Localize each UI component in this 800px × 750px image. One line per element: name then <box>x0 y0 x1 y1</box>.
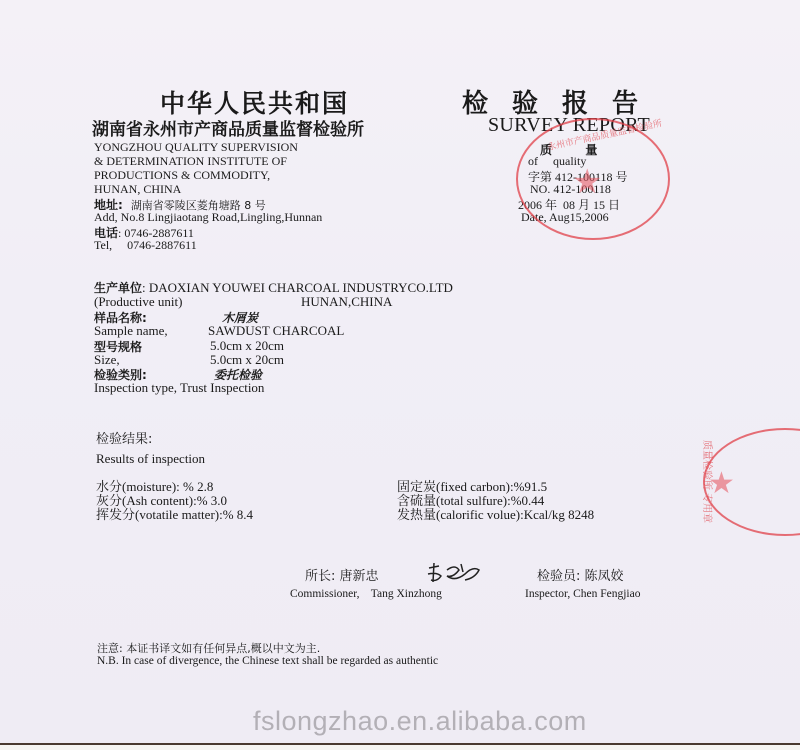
phone-en: Tel, 0746-2887611 <box>94 238 197 253</box>
page-bottom-edge <box>0 745 800 750</box>
document-page: 中华人民共和国 检验报告 湖南省永州市产商品质量监督检验所 SURVEY REP… <box>0 0 800 745</box>
note-en: N.B. In case of divergence, the Chinese … <box>97 655 438 667</box>
producer-name: : DAOXIAN YOUWEI CHARCOAL INDUSTRYCO.LTD <box>142 280 453 295</box>
sample-name-label-en: Sample name, <box>94 323 168 339</box>
watermark: fslongzhao.en.alibaba.com <box>253 706 587 737</box>
result-calorific: 发热量(calorific volue):Kcal/kg 8248 <box>397 504 594 523</box>
seal-side-star-icon: ★ <box>708 466 735 501</box>
handwritten-signature <box>425 560 485 586</box>
note-cn: 注意: 本证书译文如有任何异点,概以中文为主. <box>97 640 320 656</box>
sample-name-en: SAWDUST CHARCOAL <box>208 323 344 339</box>
inspector-en: Inspector, Chen Fengjiao <box>525 588 640 600</box>
institute-name-en-line2: & DETERMINATION INSTITUTE OF <box>94 154 287 169</box>
institute-name-en-line3: PRODUCTIONS & COMMODITY, <box>94 168 270 183</box>
producer-label-cn: 生产单位 <box>94 281 142 295</box>
result-volatile: 挥发分(votatile matter):% 8.4 <box>96 504 253 523</box>
results-heading-cn: 检验结果: <box>96 428 152 447</box>
producer-label-en: (Productive unit) <box>94 294 182 310</box>
results-heading-en: Results of inspection <box>96 451 205 467</box>
institute-name-cn: 湖南省永州市产商品质量监督检验所 <box>92 115 364 140</box>
address-en: Add, No.8 Lingjiaotang Road,Lingling,Hun… <box>94 210 322 225</box>
institute-name-en-line1: YONGZHOU QUALITY SUPERVISION <box>94 140 298 155</box>
commissioner-en: Commissioner, Tang Xinzhong <box>290 588 442 600</box>
inspector-cn: 检验员: 陈凤姣 <box>537 565 624 584</box>
commissioner-cn: 所长: 唐新忠 <box>305 565 379 584</box>
seal-star-icon: ★ <box>572 162 602 202</box>
inspection-type-en: Inspection type, Trust Inspection <box>94 380 264 396</box>
producer-location: HUNAN,CHINA <box>301 294 392 310</box>
institute-name-en-line4: HUNAN, CHINA <box>94 182 181 197</box>
